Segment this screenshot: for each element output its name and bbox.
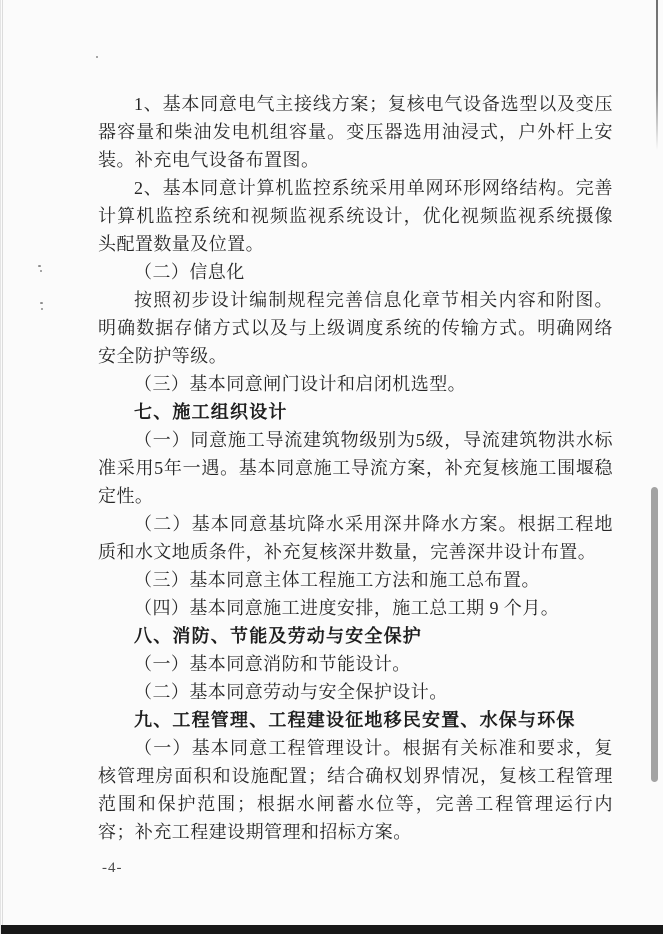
paragraph: （三）基本同意闸门设计和启闭机选型。 (98, 370, 613, 398)
paragraph: （一）同意施工导流建筑物级别为5级，导流建筑物洪水标准采用5年一遇。基本同意施工… (98, 426, 613, 510)
section-heading: 七、施工组织设计 (98, 398, 613, 426)
section-heading: 八、消防、节能及劳动与安全保护 (98, 622, 613, 650)
scanned-document-page: 1、基本同意电气主接线方案；复核电气设备选型以及变压器容量和柴油发电机组容量。变… (0, 0, 663, 934)
paragraph: （三）基本同意主体工程施工方法和施工总布置。 (98, 566, 613, 594)
paragraph: （一）基本同意工程管理设计。根据有关标准和要求，复核管理房面积和设施配置；结合确… (98, 734, 613, 846)
page-number: -4- (102, 860, 123, 877)
paragraph: （二）信息化 (98, 258, 613, 286)
scan-speck (41, 308, 43, 310)
document-text-block: 1、基本同意电气主接线方案；复核电气设备选型以及变压器容量和柴油发电机组容量。变… (98, 90, 613, 846)
paragraph: （二）基本同意劳动与安全保护设计。 (98, 678, 613, 706)
paragraph: （一）基本同意消防和节能设计。 (98, 650, 613, 678)
scrollbar-thumb[interactable] (651, 487, 658, 782)
scan-speck (40, 270, 42, 272)
scan-speck (96, 56, 98, 58)
paragraph: （二）基本同意基坑降水采用深井降水方案。根据工程地质和水文地质条件，补充复核深井… (98, 510, 613, 566)
scan-left-edge-line (2, 0, 3, 934)
scan-bottom-shadow (1, 925, 663, 934)
scan-speck (40, 302, 43, 304)
paragraph: 按照初步设计编制规程完善信息化章节相关内容和附图。明确数据存储方式以及与上级调度… (98, 286, 613, 370)
scan-speck (38, 265, 41, 267)
section-heading: 九、工程管理、工程建设征地移民安置、水保与环保 (98, 706, 613, 734)
paragraph: （四）基本同意施工进度安排，施工总工期 9 个月。 (98, 594, 613, 622)
paragraph: 1、基本同意电气主接线方案；复核电气设备选型以及变压器容量和柴油发电机组容量。变… (98, 90, 613, 174)
scan-edge-line (656, 0, 658, 150)
paragraph: 2、基本同意计算机监控系统采用单网环形网络结构。完善计算机监控系统和视频监视系统… (98, 174, 613, 258)
